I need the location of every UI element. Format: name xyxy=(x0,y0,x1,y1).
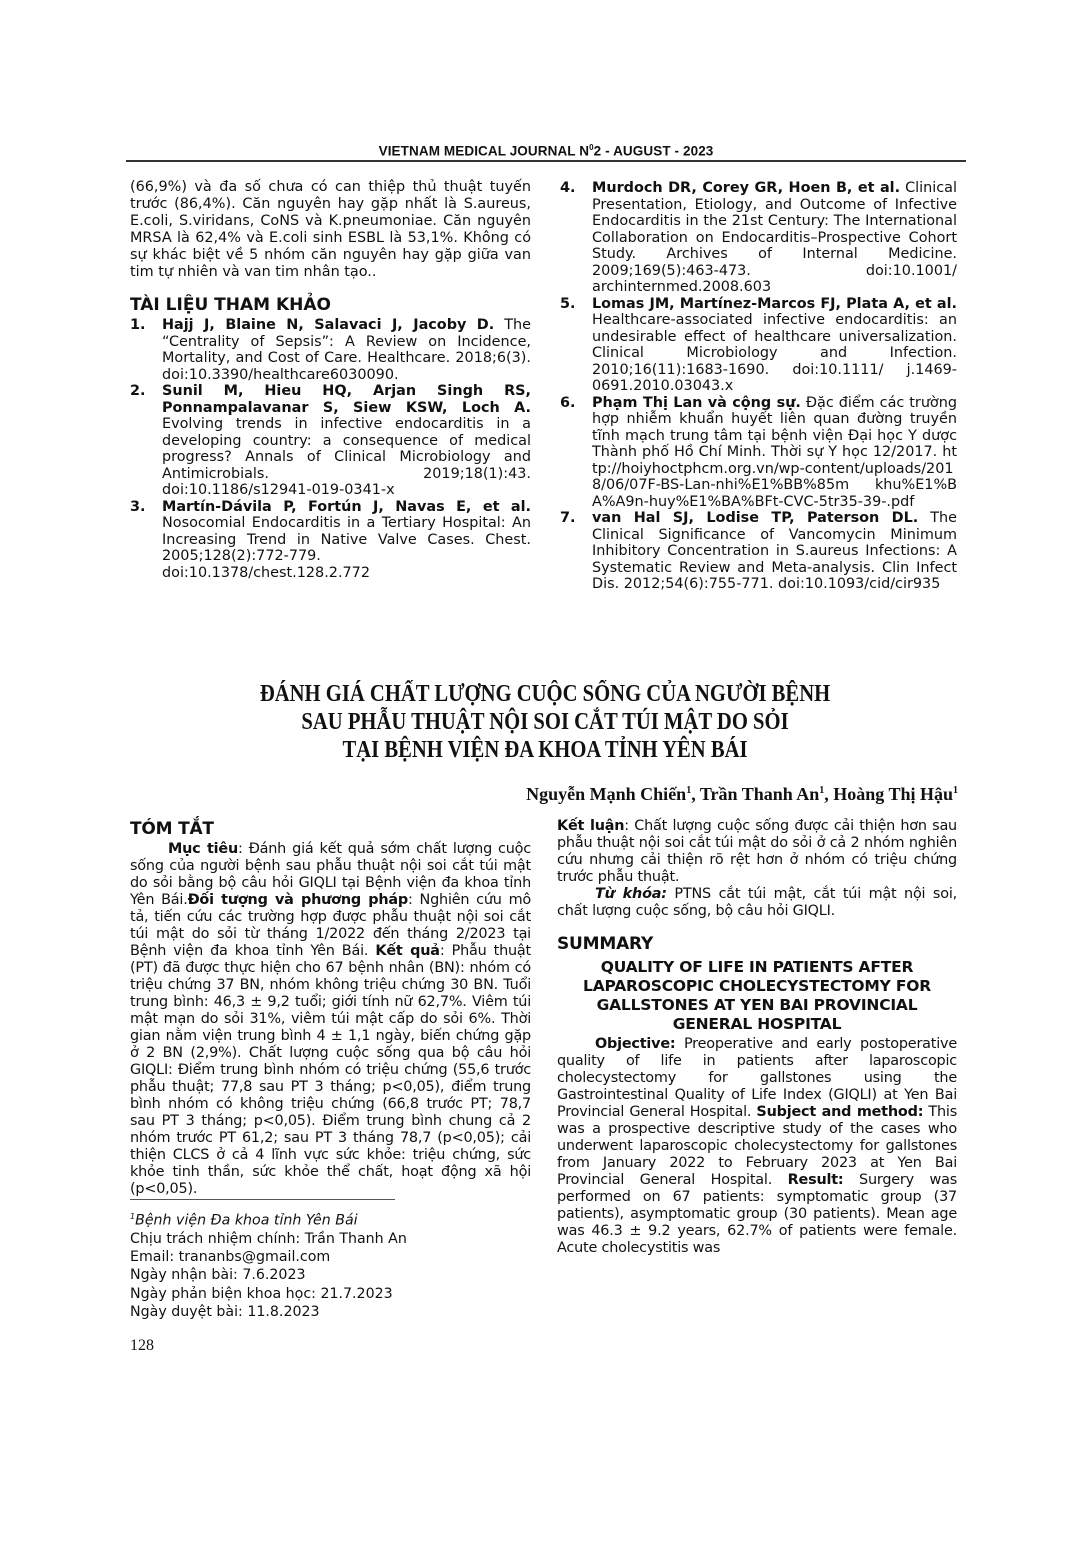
email[interactable]: Email: trananbs@gmail.com xyxy=(130,1248,407,1266)
author-affiliation-mark: 1 xyxy=(953,785,958,796)
journal-name: VIETNAM MEDICAL JOURNAL N xyxy=(379,144,590,159)
objective-label: Mục tiêu xyxy=(168,841,238,857)
reference-item: 6.Phạm Thị Lan và cộng sự. Đặc điểm các … xyxy=(560,395,957,511)
author-list: Nguyễn Mạnh Chiến1, Trần Thanh An1, Hoàn… xyxy=(526,784,958,805)
result-text: : Phẫu thuật (PT) đã được thực hiện cho … xyxy=(130,943,531,1197)
reference-text: Nosocomial Endocarditis in a Tertiary Ho… xyxy=(162,515,531,581)
affiliation: 1Bệnh viện Đa khoa tỉnh Yên Bái xyxy=(130,1208,407,1230)
reference-number: 4. xyxy=(560,180,575,197)
running-header: VIETNAM MEDICAL JOURNAL N02 - AUGUST - 2… xyxy=(126,143,966,159)
result-label: Kết quả xyxy=(375,943,439,959)
author-name: Trần Thanh An xyxy=(700,784,819,804)
header-rule xyxy=(126,160,966,162)
reference-number: 6. xyxy=(560,395,575,412)
abstract-body: Mục tiêu: Đánh giá kết quả sớm chất lượn… xyxy=(130,841,531,1198)
reference-number: 5. xyxy=(560,296,575,313)
reference-text: Evolving trends in infective endocarditi… xyxy=(162,416,531,498)
accepted-date: Ngày duyệt bài: 11.8.2023 xyxy=(130,1303,407,1321)
references-heading: TÀI LIỆU THAM KHẢO xyxy=(130,295,531,315)
reference-authors: Murdoch DR, Corey GR, Hoen B, et al. xyxy=(592,180,900,196)
reference-item: 1.Hajj J, Blaine N, Salavaci J, Jacoby D… xyxy=(130,317,531,383)
keywords-label: Từ khóa: xyxy=(595,886,667,902)
reference-authors: Lomas JM, Martínez-Marcos FJ, Plata A, e… xyxy=(592,296,957,312)
prev-article-conclusion: (66,9%) và đa số chưa có can thiệp thủ t… xyxy=(130,179,531,281)
abstract-continuation-and-summary: Kết luận: Chất lượng cuộc sống được cải … xyxy=(557,818,957,1257)
page-number: 128 xyxy=(130,1337,154,1355)
reference-item: 2.Sunil M, Hieu HQ, Arjan Singh RS, Ponn… xyxy=(130,383,531,499)
objective-label-en: Objective: xyxy=(595,1036,675,1052)
reference-text: Clinical Presentation, Etiology, and Out… xyxy=(592,180,957,295)
author-name: Nguyễn Mạnh Chiến xyxy=(526,784,686,804)
reference-authors: van Hal SJ, Lodise TP, Paterson DL. xyxy=(592,510,918,526)
method-label: Đối tượng và phương pháp xyxy=(188,892,408,908)
abstract-heading: TÓM TẮT xyxy=(130,819,531,839)
reference-number: 7. xyxy=(560,510,575,527)
reference-authors: Martín-Dávila P, Fortún J, Navas E, et a… xyxy=(162,499,531,515)
title-line: ĐÁNH GIÁ CHẤT LƯỢNG CUỘC SỐNG CỦA NGƯỜI … xyxy=(223,680,868,708)
reference-number: 1. xyxy=(130,317,145,334)
footnote-rule xyxy=(130,1199,395,1200)
reference-number: 3. xyxy=(130,499,145,516)
reference-text: Healthcare-associated infective endocard… xyxy=(592,312,957,394)
author-separator: , xyxy=(691,784,700,804)
article-title: ĐÁNH GIÁ CHẤT LƯỢNG CUỘC SỐNG CỦA NGƯỜI … xyxy=(223,680,868,764)
prev-article-left-column: (66,9%) và đa số chưa có can thiệp thủ t… xyxy=(130,179,531,581)
keywords: Từ khóa: PTNS cắt túi mật, cắt túi mật n… xyxy=(557,886,957,920)
issue-date: 2 - AUGUST - 2023 xyxy=(594,144,714,159)
conclusion-label: Kết luận xyxy=(557,818,624,834)
affiliation-name: Bệnh viện Đa khoa tỉnh Yên Bái xyxy=(135,1213,358,1229)
reviewed-date: Ngày phản biện khoa học: 21.7.2023 xyxy=(130,1285,407,1303)
title-line: TẠI BỆNH VIỆN ĐA KHOA TỈNH YÊN BÁI xyxy=(223,736,868,764)
result-label-en: Result: xyxy=(788,1172,844,1188)
summary-heading: SUMMARY xyxy=(557,934,957,954)
reference-item: 5.Lomas JM, Martínez-Marcos FJ, Plata A,… xyxy=(560,296,957,395)
abstract-conclusion: Kết luận: Chất lượng cuộc sống được cải … xyxy=(557,818,957,886)
author-name: Hoàng Thị Hậu xyxy=(833,784,953,804)
method-label-en: Subject and method: xyxy=(756,1104,923,1120)
summary-body: Objective: Preoperative and early postop… xyxy=(557,1036,957,1257)
summary-title: QUALITY OF LIFE IN PATIENTS AFTER LAPARO… xyxy=(557,958,957,1034)
reference-item: 4.Murdoch DR, Corey GR, Hoen B, et al. C… xyxy=(560,180,957,296)
reference-authors: Phạm Thị Lan và cộng sự. xyxy=(592,395,801,411)
footnote: 1Bệnh viện Đa khoa tỉnh Yên Bái Chịu trá… xyxy=(130,1208,407,1321)
author-separator: , xyxy=(824,784,833,804)
received-date: Ngày nhận bài: 7.6.2023 xyxy=(130,1266,407,1284)
title-line: SAU PHẪU THUẬT NỘI SOI CẮT TÚI MẬT DO SỎ… xyxy=(223,708,868,736)
corresponding-author: Chịu trách nhiệm chính: Trần Thanh An xyxy=(130,1230,407,1248)
prev-article-right-column: 4.Murdoch DR, Corey GR, Hoen B, et al. C… xyxy=(560,180,957,593)
reference-authors: Hajj J, Blaine N, Salavaci J, Jacoby D. xyxy=(162,317,494,333)
reference-number: 2. xyxy=(130,383,145,400)
reference-authors: Sunil M, Hieu HQ, Arjan Singh RS, Ponnam… xyxy=(162,383,531,416)
reference-item: 3.Martín-Dávila P, Fortún J, Navas E, et… xyxy=(130,499,531,582)
journal-page: VIETNAM MEDICAL JOURNAL N02 - AUGUST - 2… xyxy=(0,0,1090,1541)
abstract-vietnamese: TÓM TẮT Mục tiêu: Đánh giá kết quả sớm c… xyxy=(130,819,531,1198)
reference-item: 7.van Hal SJ, Lodise TP, Paterson DL. Th… xyxy=(560,510,957,593)
